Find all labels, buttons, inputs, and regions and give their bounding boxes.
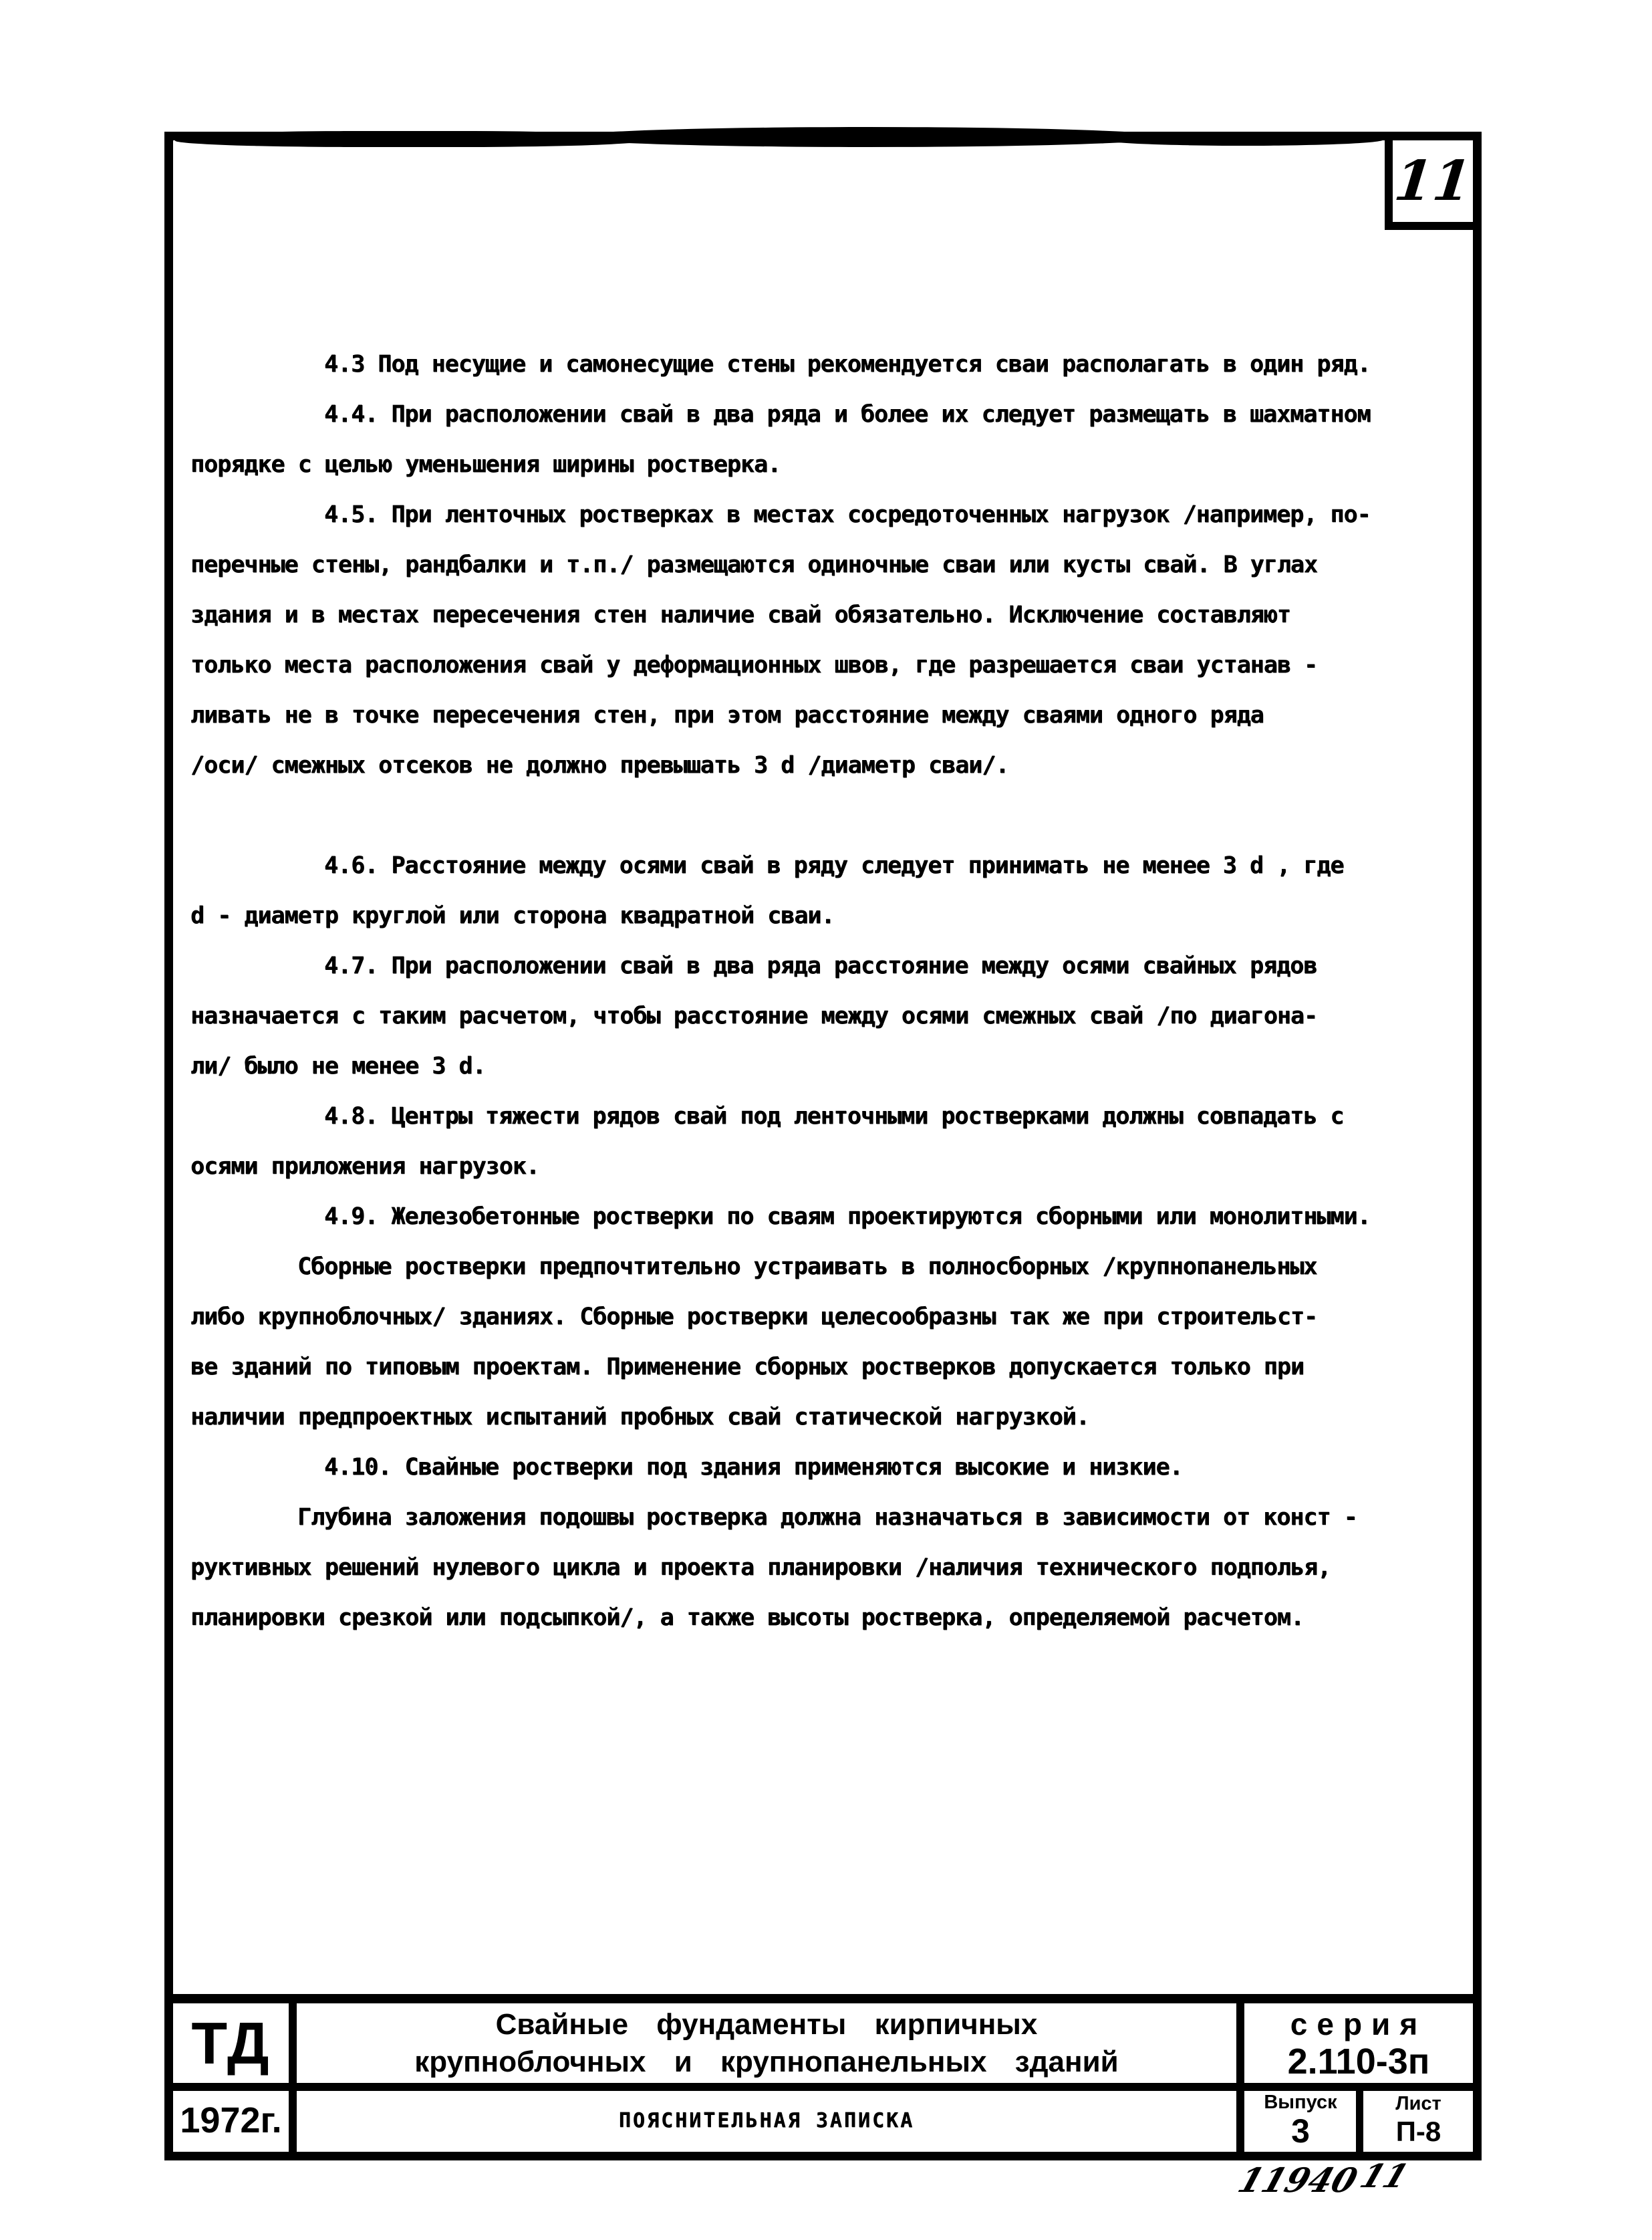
series-cell: серия 2.110-3п: [1244, 2003, 1473, 2083]
text-line: планировки срезкой или подсыпкой/, а так…: [190, 1593, 1484, 1643]
org-cell: ТД: [173, 2003, 289, 2083]
scan-artifact: [568, 127, 1169, 147]
text-line: 4.7. При расположении свай в два ряда ра…: [190, 941, 1484, 991]
text-line: осями приложения нагрузок.: [190, 1142, 1484, 1192]
text-line: d - диаметр круглой или сторона квадратн…: [190, 891, 1484, 941]
text-line: наличии предпроектных испытаний пробных …: [190, 1392, 1484, 1443]
issue-label: Выпуск: [1264, 2092, 1337, 2114]
document-body-text: 4.3 Под несущие и самонесущие стены реко…: [190, 340, 1484, 1643]
text-line: либо крупноблочных/ зданиях. Сборные рос…: [190, 1292, 1484, 1342]
handwritten-inventory-number: 11940: [1233, 2160, 1362, 2200]
page-number: 11: [1391, 149, 1474, 213]
text-line: 4.5. При ленточных ростверках в местах с…: [190, 490, 1484, 540]
text-line: здания и в местах пересечения стен налич…: [190, 590, 1484, 640]
doc-title-line2: крупноблочных и крупнопанельных зданий: [414, 2043, 1118, 2081]
sheet-label: Лист: [1395, 2093, 1441, 2115]
text-line: порядке с целью уменьшения ширины ростве…: [190, 440, 1484, 490]
doc-title-cell: Свайные фундаменты кирпичных крупноблочн…: [297, 2003, 1236, 2083]
year-cell: 1972г.: [173, 2091, 289, 2150]
title-block-divider: [173, 2083, 1473, 2091]
doc-title-line1: Свайные фундаменты кирпичных: [496, 2006, 1038, 2043]
scan-artifact: [175, 131, 643, 147]
title-block-divider: [173, 1994, 1473, 2003]
text-line: 4.10. Свайные ростверки под здания приме…: [190, 1443, 1484, 1493]
text-line: ли/ было не менее 3 d.: [190, 1041, 1484, 1092]
title-block-divider: [1356, 2091, 1363, 2152]
text-line: 4.8. Центры тяжести рядов свай под ленто…: [190, 1092, 1484, 1142]
issue-cell: Выпуск 3: [1244, 2091, 1357, 2150]
title-block-divider: [289, 2003, 297, 2152]
page-number-box: 11: [1385, 140, 1473, 230]
sheet-value: П-8: [1396, 2115, 1441, 2148]
series-value: 2.110-3п: [1288, 2042, 1430, 2081]
text-line: Сборные ростверки предпочтительно устраи…: [190, 1242, 1484, 1292]
text-line: 4.9. Железобетонные ростверки по сваям п…: [190, 1192, 1484, 1242]
text-line: руктивных решений нулевого цикла и проек…: [190, 1543, 1484, 1593]
text-line: перечные стены, рандбалки и т.п./ размещ…: [190, 540, 1484, 590]
text-line: 4.3 Под несущие и самонесущие стены реко…: [190, 340, 1484, 390]
text-line: назначается с таким расчетом, чтобы расс…: [190, 991, 1484, 1041]
text-line: 4.6. Расстояние между осями свай в ряду …: [190, 841, 1484, 891]
document-page: 11 4.3 Под несущие и самонесущие стены р…: [0, 0, 1652, 2240]
handwritten-sheet-number: 11: [1355, 2158, 1413, 2195]
text-line: /оси/ смежных отсеков не должно превышат…: [190, 741, 1484, 791]
text-line: ве зданий по типовым проектам. Применени…: [190, 1342, 1484, 1392]
series-label: серия: [1290, 2006, 1427, 2042]
doc-type-cell: ПОЯСНИТЕЛЬНАЯ ЗАПИСКА: [297, 2091, 1236, 2150]
issue-value: 3: [1291, 2114, 1310, 2149]
text-line: Глубина заложения подошвы ростверка долж…: [190, 1493, 1484, 1543]
text-line: 4.4. При расположении свай в два ряда и …: [190, 390, 1484, 440]
text-line: ливать не в точке пересечения стен, при …: [190, 691, 1484, 741]
scan-artifact: [1103, 134, 1383, 146]
title-block-divider: [1236, 2003, 1244, 2152]
text-line: только места расположения свай у деформа…: [190, 640, 1484, 691]
sheet-cell: Лист П-8: [1364, 2091, 1473, 2150]
